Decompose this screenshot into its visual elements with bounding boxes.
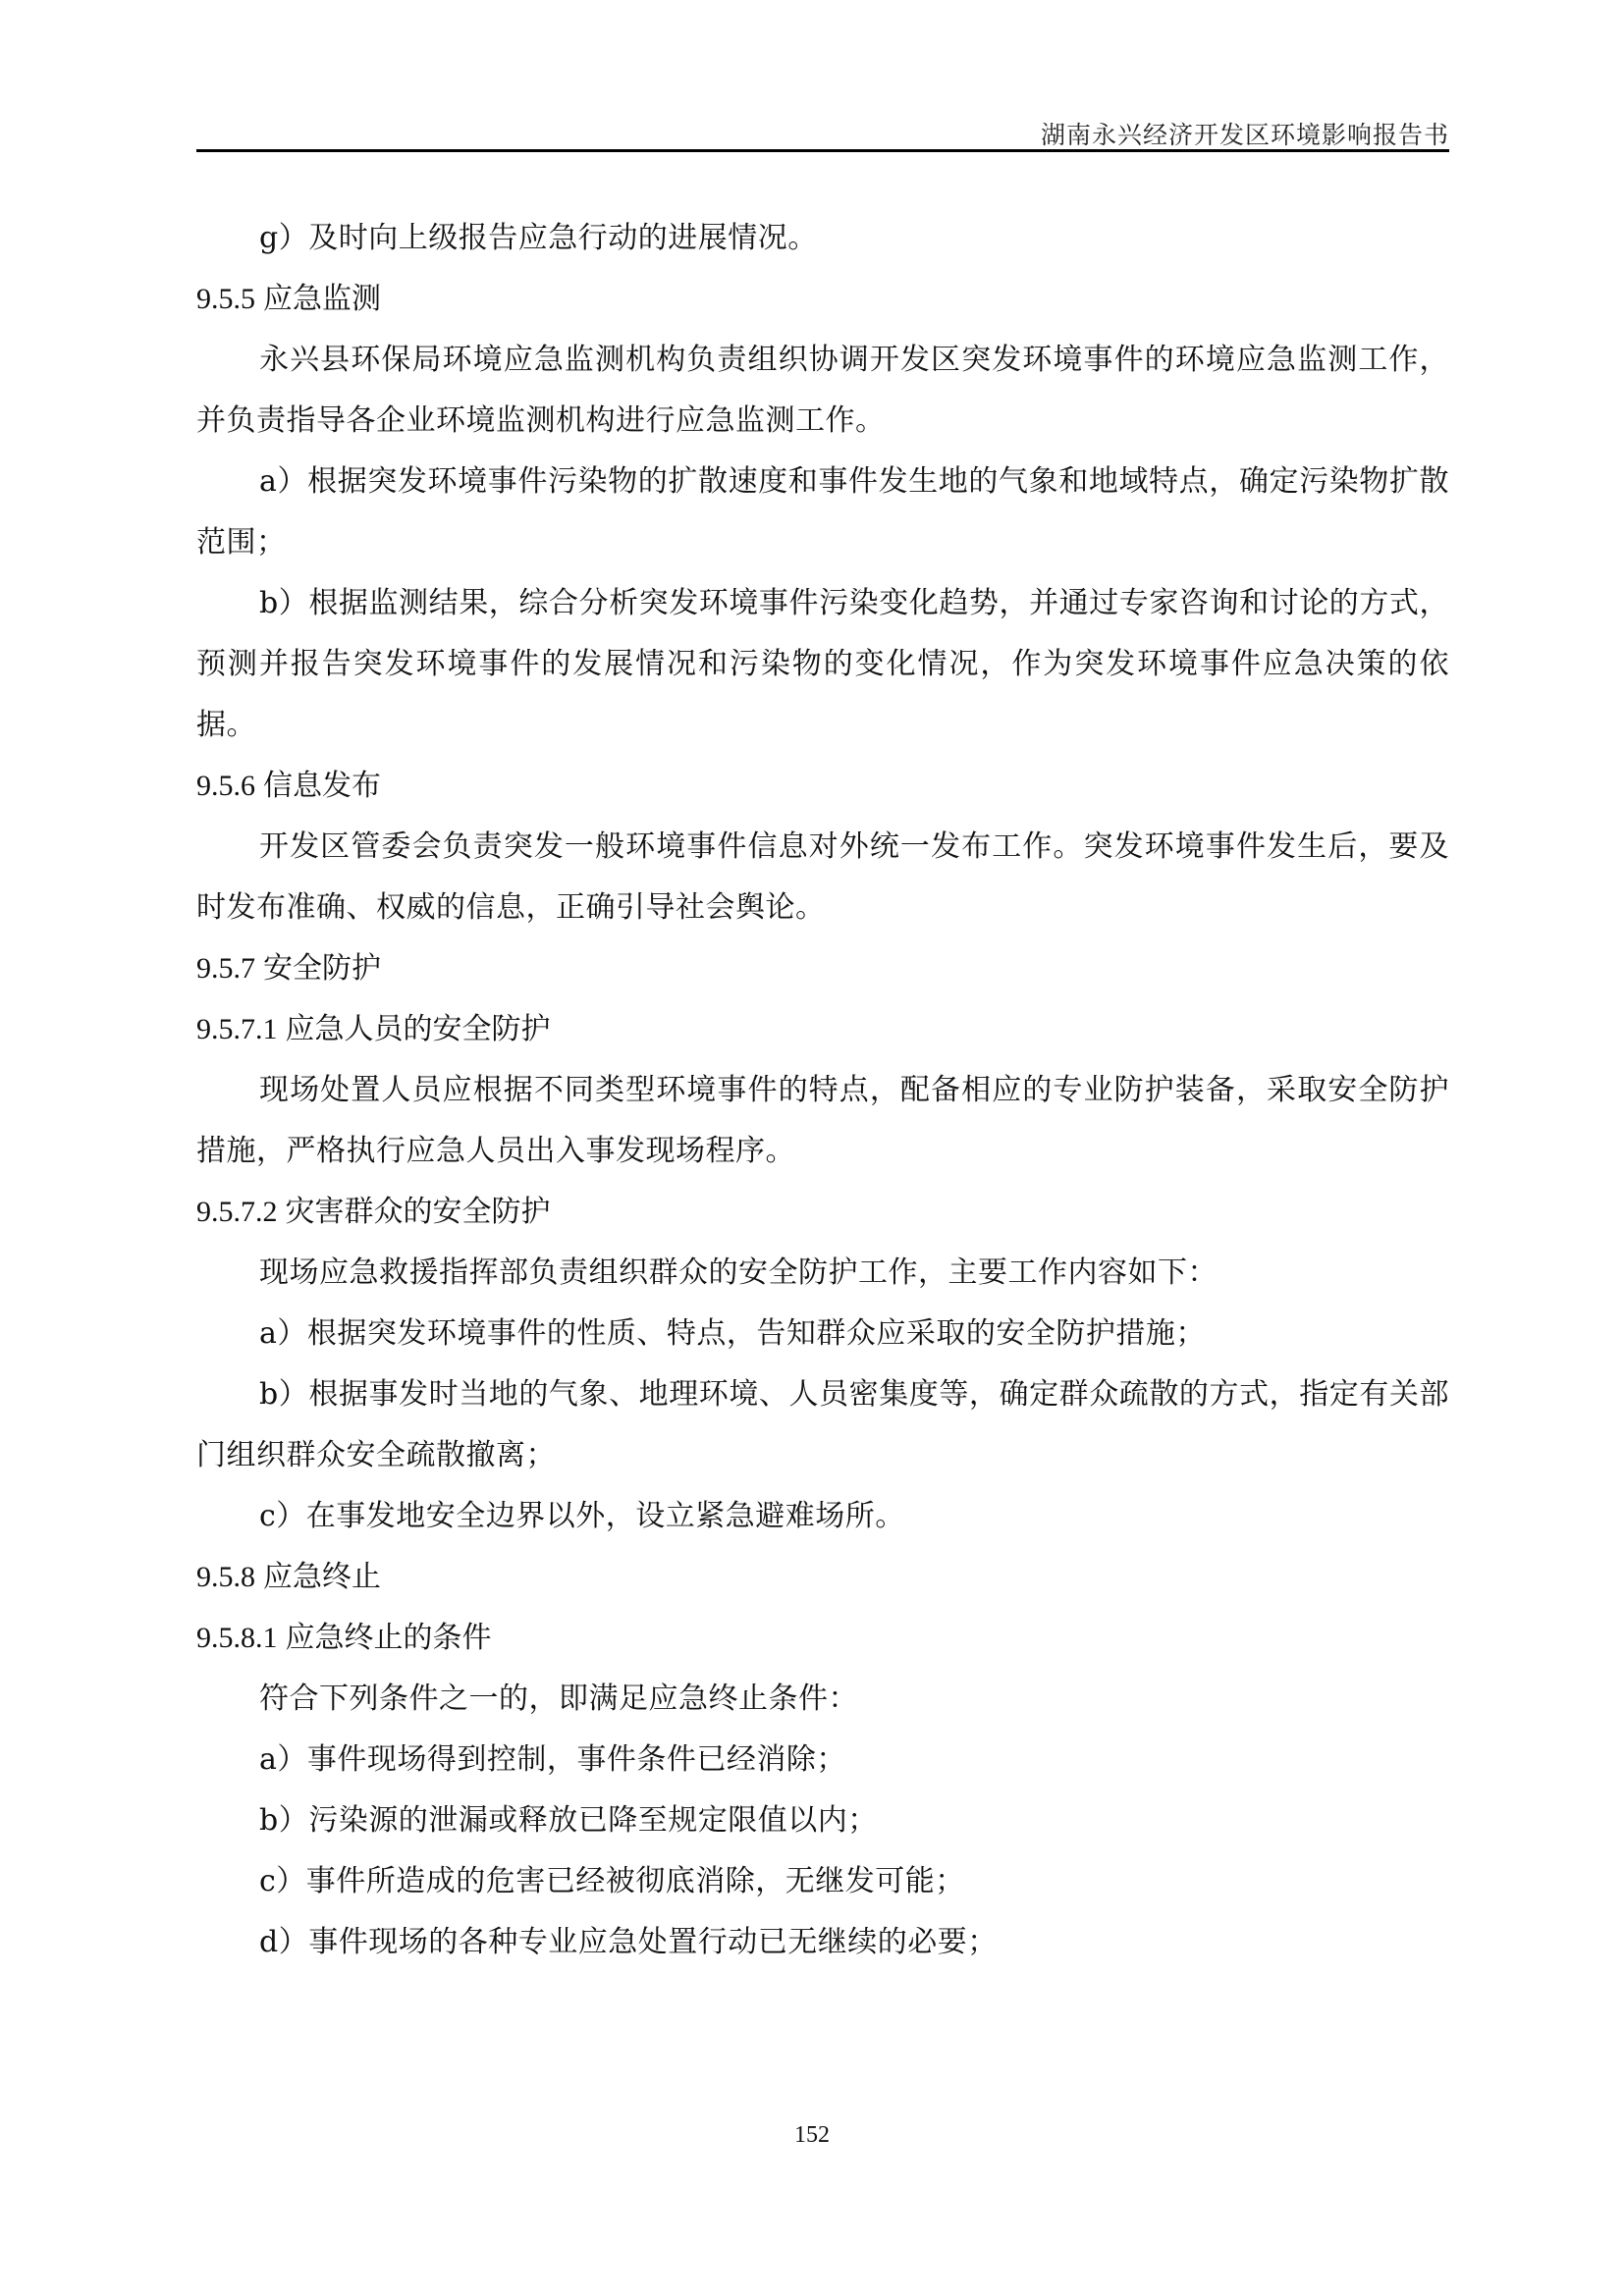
paragraph-termination-intro: 符合下列条件之一的，即满足应急终止条件： (196, 1669, 1449, 1730)
heading-number: 9.5.8 (196, 1561, 255, 1593)
heading-number: 9.5.8.1 (196, 1622, 278, 1654)
paragraph-termination-c: c）事件所造成的危害已经被彻底消除，无继发可能； (196, 1851, 1449, 1912)
paragraph-public-protection-b: b）根据事发时当地的气象、地理环境、人员密集度等，确定群众疏散的方式，指定有关部… (196, 1364, 1449, 1486)
heading-number: 9.5.7 (196, 952, 255, 985)
heading-number: 9.5.7.1 (196, 1013, 278, 1045)
document-header-title: 湖南永兴经济开发区环境影响报告书 (1041, 116, 1449, 151)
paragraph-info-release: 开发区管委会负责突发一般环境事件信息对外统一发布工作。突发环境事件发生后，要及时… (196, 817, 1449, 938)
page-number: 152 (0, 2122, 1624, 2149)
heading-9-5-5: 9.5.5应急监测 (196, 269, 1449, 330)
heading-text: 信息发布 (263, 769, 381, 803)
paragraph-termination-d: d）事件现场的各种专业应急处置行动已无继续的必要； (196, 1912, 1449, 1973)
paragraph-public-protection-c: c）在事发地安全边界以外，设立紧急避难场所。 (196, 1486, 1449, 1547)
heading-text: 应急人员的安全防护 (286, 1012, 551, 1046)
paragraph-public-protection-a: a）根据突发环境事件的性质、特点，告知群众应采取的安全防护措施； (196, 1304, 1449, 1364)
heading-number: 9.5.7.2 (196, 1196, 278, 1228)
heading-9-5-8: 9.5.8应急终止 (196, 1547, 1449, 1608)
document-body: g）及时向上级报告应急行动的进展情况。 9.5.5应急监测 永兴县环保局环境应急… (196, 208, 1449, 1973)
paragraph-monitoring-b: b）根据监测结果，综合分析突发环境事件污染变化趋势，并通过专家咨询和讨论的方式，… (196, 573, 1449, 756)
heading-number: 9.5.6 (196, 770, 255, 802)
heading-9-5-7: 9.5.7安全防护 (196, 938, 1449, 999)
heading-text: 安全防护 (263, 951, 381, 986)
heading-text: 应急终止的条件 (286, 1621, 492, 1655)
heading-text: 灾害群众的安全防护 (286, 1195, 551, 1229)
paragraph-public-protection-intro: 现场应急救援指挥部负责组织群众的安全防护工作，主要工作内容如下： (196, 1243, 1449, 1304)
paragraph-termination-b: b）污染源的泄漏或释放已降至规定限值以内； (196, 1790, 1449, 1851)
paragraph-termination-a: a）事件现场得到控制，事件条件已经消除； (196, 1730, 1449, 1790)
heading-text: 应急监测 (263, 282, 381, 316)
paragraph-g-report-progress: g）及时向上级报告应急行动的进展情况。 (196, 208, 1449, 269)
heading-9-5-7-1: 9.5.7.1应急人员的安全防护 (196, 999, 1449, 1060)
heading-number: 9.5.5 (196, 283, 255, 315)
heading-9-5-6: 9.5.6信息发布 (196, 756, 1449, 817)
paragraph-monitoring-a: a）根据突发环境事件污染物的扩散速度和事件发生地的气象和地域特点，确定污染物扩散… (196, 452, 1449, 573)
heading-9-5-7-2: 9.5.7.2灾害群众的安全防护 (196, 1182, 1449, 1243)
paragraph-monitoring-intro: 永兴县环保局环境应急监测机构负责组织协调开发区突发环境事件的环境应急监测工作，并… (196, 330, 1449, 452)
heading-text: 应急终止 (263, 1560, 381, 1594)
paragraph-responder-protection: 现场处置人员应根据不同类型环境事件的特点，配备相应的专业防护装备，采取安全防护措… (196, 1060, 1449, 1182)
header-rule (196, 149, 1449, 152)
heading-9-5-8-1: 9.5.8.1应急终止的条件 (196, 1608, 1449, 1669)
